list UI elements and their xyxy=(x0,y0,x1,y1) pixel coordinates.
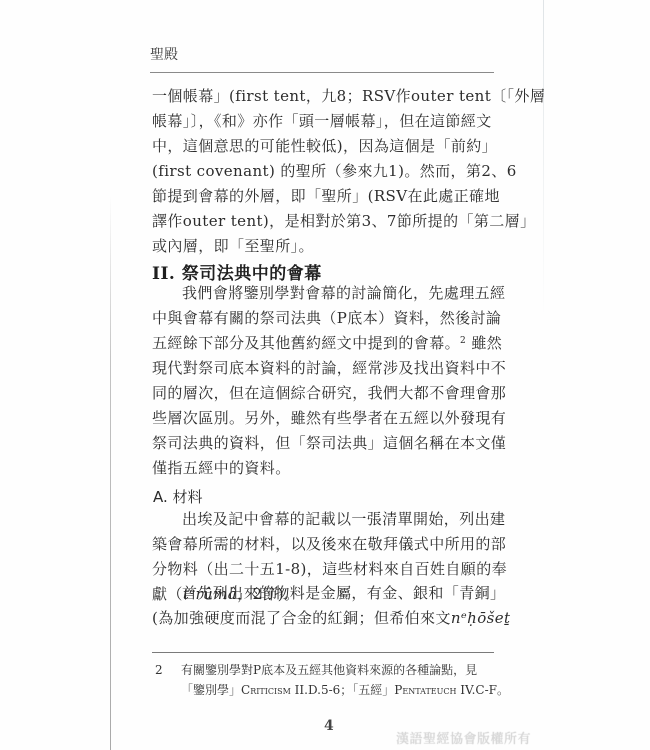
text-line: 中與會幕有關的祭司法典（P底本）資料，然後討論 xyxy=(152,306,492,331)
text-line: 五經餘下部分及其他舊約經文中提到的會幕。2 雖然 xyxy=(152,331,492,356)
running-header: 聖殿 xyxy=(150,44,178,64)
text-line: 出埃及記中會幕的記載以一張清單開始，列出建 xyxy=(152,507,492,532)
footnote-ref[interactable]: 2 xyxy=(460,336,466,346)
cross-reference: Criticism xyxy=(241,683,291,697)
text-line: (為加強硬度而混了合金的紅銅；但希伯來文nᵉḥōšeṯ xyxy=(152,606,492,631)
text-line: 中，這個意思的可能性較低)，因為這個是「前約」 xyxy=(152,134,492,159)
paragraph-metals: 首先列出來的物料是金屬，有金、銀和「青銅」 (為加強硬度而混了合金的紅銅；但希伯… xyxy=(152,581,492,631)
cross-reference: Pentateuch xyxy=(394,683,456,697)
text-fragment: IV.C-F。 xyxy=(456,683,509,697)
text-fragment: (為加強硬度而混了合金的紅銅；但希伯來文 xyxy=(152,609,451,627)
text-line: 僅指五經中的資料。 xyxy=(152,456,492,481)
header-rule xyxy=(150,72,494,73)
text-line: 些層次區別。另外，雖然有些學者在五經以外發現有 xyxy=(152,406,492,431)
page-number: 4 xyxy=(324,718,334,734)
text-fragment: II.D.5-6；「五經」 xyxy=(291,683,394,697)
subsection-heading: A. 材料 xyxy=(153,486,203,507)
footnote-rule xyxy=(152,652,494,653)
text-fragment: 雖然 xyxy=(466,334,502,352)
transliteration: nᵉḥōšeṯ xyxy=(451,609,511,627)
text-line: 我們會將鑒別學對會幕的討論簡化，先處理五經 xyxy=(152,281,492,306)
text-fragment: 五經餘下部分及其他舊約經文中提到的會幕。 xyxy=(152,334,460,352)
paragraph-priestly-code: 我們會將鑒別學對會幕的討論簡化，先處理五經 中與會幕有關的祭司法典（P底本）資料… xyxy=(152,281,492,481)
text-line: 一個帳幕」(first tent，九8；RSV作outer tent〔「外層 xyxy=(152,84,492,109)
text-line: 築會幕所需的材料，以及後來在敬拜儀式中所用的部 xyxy=(152,532,492,557)
footnote-body: 有關鑒別學對P底本及五經其他資料來源的各種論點，見 「鑒別學」Criticism… xyxy=(181,660,509,700)
page-shadow-left xyxy=(110,195,111,750)
footnote-number: 2 xyxy=(155,660,163,680)
copyright-watermark: 漢語聖經協會版權所有 xyxy=(396,728,531,747)
text-line: 首先列出來的物料是金屬，有金、銀和「青銅」 xyxy=(152,581,492,606)
page-shadow-right xyxy=(543,0,544,320)
paragraph-continued: 一個帳幕」(first tent，九8；RSV作outer tent〔「外層 帳… xyxy=(152,84,492,259)
text-line: 或內層，即「至聖所」。 xyxy=(152,234,492,259)
text-line: 同的層次，但在這個綜合研究，我們大都不會理會那 xyxy=(152,381,492,406)
footnote-line: 有關鑒別學對P底本及五經其他資料來源的各種論點，見 xyxy=(181,660,509,680)
text-line: 節提到會幕的外層，即「聖所」(RSV在此處正確地 xyxy=(152,184,492,209)
book-page: 聖殿 一個帳幕」(first tent，九8；RSV作outer tent〔「外… xyxy=(0,0,650,750)
text-fragment: 「鑒別學」 xyxy=(181,683,241,697)
text-line: 祭司法典的資料，但「祭司法典」這個名稱在本文僅 xyxy=(152,431,492,456)
text-line: 分物料（出二十五1-8)，這些材料來自百姓自願的奉 xyxy=(152,557,492,582)
footnote-line: 「鑒別學」Criticism II.D.5-6；「五經」Pentateuch I… xyxy=(181,680,509,700)
text-line: 譯作outer tent)，是相對於第3、7節所提的「第二層」 xyxy=(152,209,492,234)
text-line: (first covenant) 的聖所（參來九1)。然而，第2、6 xyxy=(152,159,492,184)
text-line: 現代對祭司底本資料的討論，經常涉及找出資料中不 xyxy=(152,356,492,381)
text-line: 帳幕」〕，《和》亦作「頭一層帳幕」，但在這節經文 xyxy=(152,109,492,134)
